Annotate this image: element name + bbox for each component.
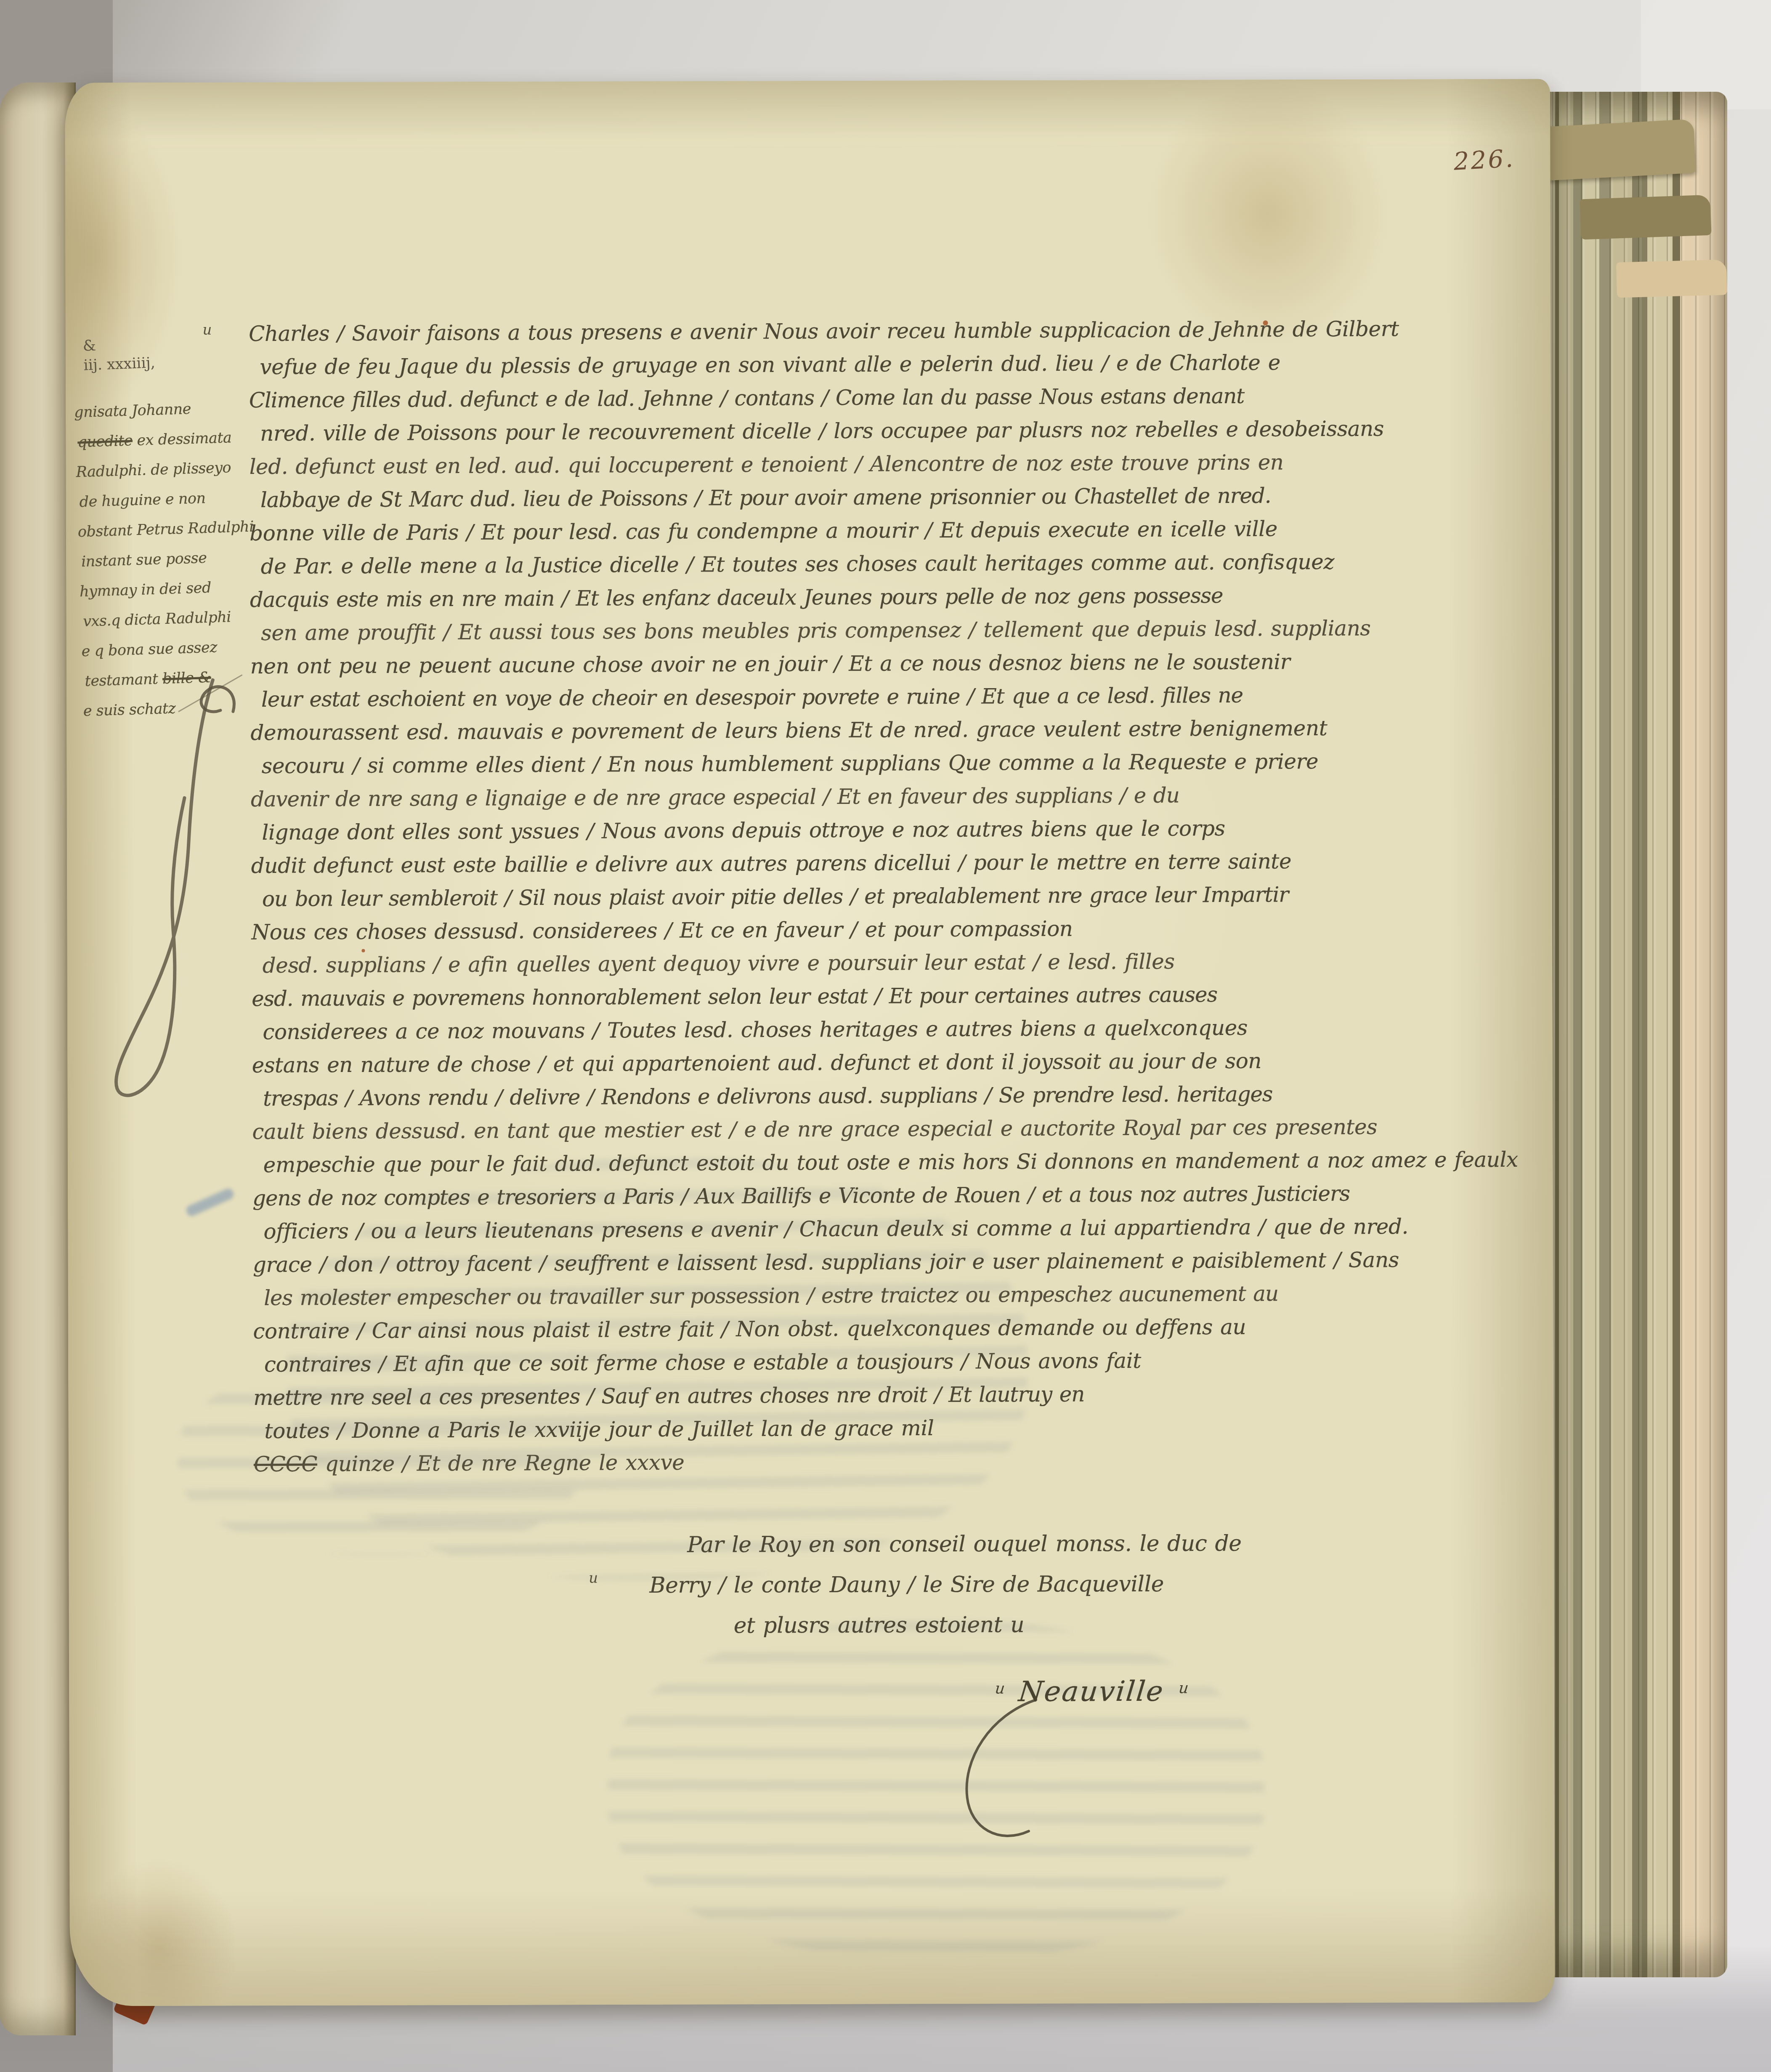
text-line-32: contraires / Et afin que ce soit ferme c… (264, 1343, 1486, 1381)
text-line-33: mettre nre seel a ces presentes / Sauf e… (253, 1376, 1486, 1415)
text-line-17: dudit defunct eust este baillie e delivr… (251, 844, 1484, 883)
text-line-31: contraire / Car ainsi nous plaist il est… (253, 1309, 1486, 1348)
text-line-5: led. defunct eust en led. aud. qui loccu… (249, 445, 1482, 484)
leaf-corner-flap (1580, 195, 1711, 240)
paraph-flourish-icon (94, 671, 255, 1109)
text-line-11: nen ont peu ne peuent aucune chose avoir… (250, 644, 1483, 683)
text-line-14: secouru / si comme elles dient / En nous… (261, 744, 1483, 783)
closing-line-2: Berry / le conte Dauny / le Sire de Bacq… (649, 1563, 1533, 1606)
text-line-16: lignage dont elles sont yssues / Nous av… (262, 811, 1484, 849)
text-line-26: empeschie que pour le fait dud. defunct … (263, 1143, 1485, 1182)
text-line-28: officiers / ou a leurs lieutenans presen… (263, 1210, 1485, 1248)
paraph-mark: u (589, 1569, 598, 1586)
text-line-8: de Par. e delle mene a la Justice dicell… (260, 545, 1482, 583)
text-line-25: cault biens dessusd. en tant que mestier… (252, 1110, 1485, 1149)
text-line-30: les molester empescher ou travailler sur… (264, 1276, 1486, 1315)
text-line-23: estans en nature de chose / et qui appar… (252, 1043, 1485, 1082)
blue-pencil-smudge (185, 1187, 235, 1218)
charter-text: Charles / Savoir faisons a tous presens … (249, 312, 1487, 1514)
text-line-20: desd. supplians / e afin quelles ayent d… (263, 944, 1484, 982)
paraph-mark: u (203, 322, 212, 338)
facing-page-sliver (0, 82, 76, 2035)
text-line-34: toutes / Donne a Paris le xxviije jour d… (264, 1409, 1486, 1448)
text-line-12: leur estat eschoient en voye de cheoir e… (261, 678, 1483, 716)
text-line-6: labbaye de St Marc dud. lieu de Poissons… (260, 478, 1482, 517)
closing-line-1: Par le Roy en son conseil ouquel monss. … (687, 1523, 1533, 1565)
signature-right-mark: u (1163, 1680, 1203, 1697)
text-line-36 (265, 1476, 1487, 1514)
text-line-19: Nous ces choses dessusd. considerees / E… (251, 910, 1484, 949)
closing-formula: Par le Roy en son conseil ouquel monss. … (649, 1523, 1533, 1646)
text-line-18: ou bon leur sembleroit / Sil nous plaist… (262, 877, 1484, 916)
quire-mark: & iij. xxxiiij, (82, 334, 156, 375)
text-line-9: dacquis este mis en nre main / Et les en… (250, 578, 1483, 617)
manuscript-photo: { "colors": { "backdrop_gray": "#dcdad6"… (0, 0, 1771, 2072)
signature-flourish-icon (939, 1692, 1057, 1861)
folio-number: 226. (1453, 144, 1516, 176)
text-line-10: sen ame prouffit / Et aussi tous ses bon… (261, 611, 1483, 650)
text-line-2: vefue de feu Jaque du plessis de gruyage… (260, 345, 1482, 384)
text-line-24: trespas / Avons rendu / delivre / Rendon… (263, 1077, 1485, 1115)
text-line-21: esd. mauvais e povremens honnorablement … (252, 977, 1484, 1016)
parchment-page: 226. & iij. xxxiiij, u gnisata Johannequ… (65, 79, 1555, 2006)
text-line-13: demourassent esd. mauvais e povrement de… (250, 711, 1483, 750)
text-line-15: davenir de nre sang e lignaige e de nre … (251, 777, 1484, 816)
leaf-corner-flap (1544, 119, 1696, 181)
leaf-corner-flap (1616, 260, 1727, 298)
text-line-4: nred. ville de Poissons pour le recouvre… (260, 412, 1482, 450)
text-line-22: considerees a ce noz mouvans / Toutes le… (263, 1010, 1484, 1049)
text-line-7: bonne ville de Paris / Et pour lesd. cas… (250, 511, 1482, 550)
page-edge-stack (1538, 92, 1727, 1977)
text-line-35: CCCC quinze / Et de nre Regne le xxxve (254, 1442, 1487, 1481)
quire-mark-line1: & (82, 334, 155, 356)
text-line-29: grace / don / ottroy facent / seuffrent … (253, 1243, 1486, 1282)
text-line-3: Climence filles dud. defunct e de lad. J… (249, 378, 1482, 417)
closing-line-3: et plusrs autres estoient u (734, 1604, 1533, 1646)
ink-bleedthrough (607, 1620, 1265, 1959)
text-line-1: Charles / Savoir faisons a tous presens … (249, 312, 1482, 351)
text-line-27: gens de noz comptes e tresoriers a Paris… (252, 1176, 1485, 1215)
quire-mark-line2: iij. xxxiiij, (83, 353, 156, 375)
